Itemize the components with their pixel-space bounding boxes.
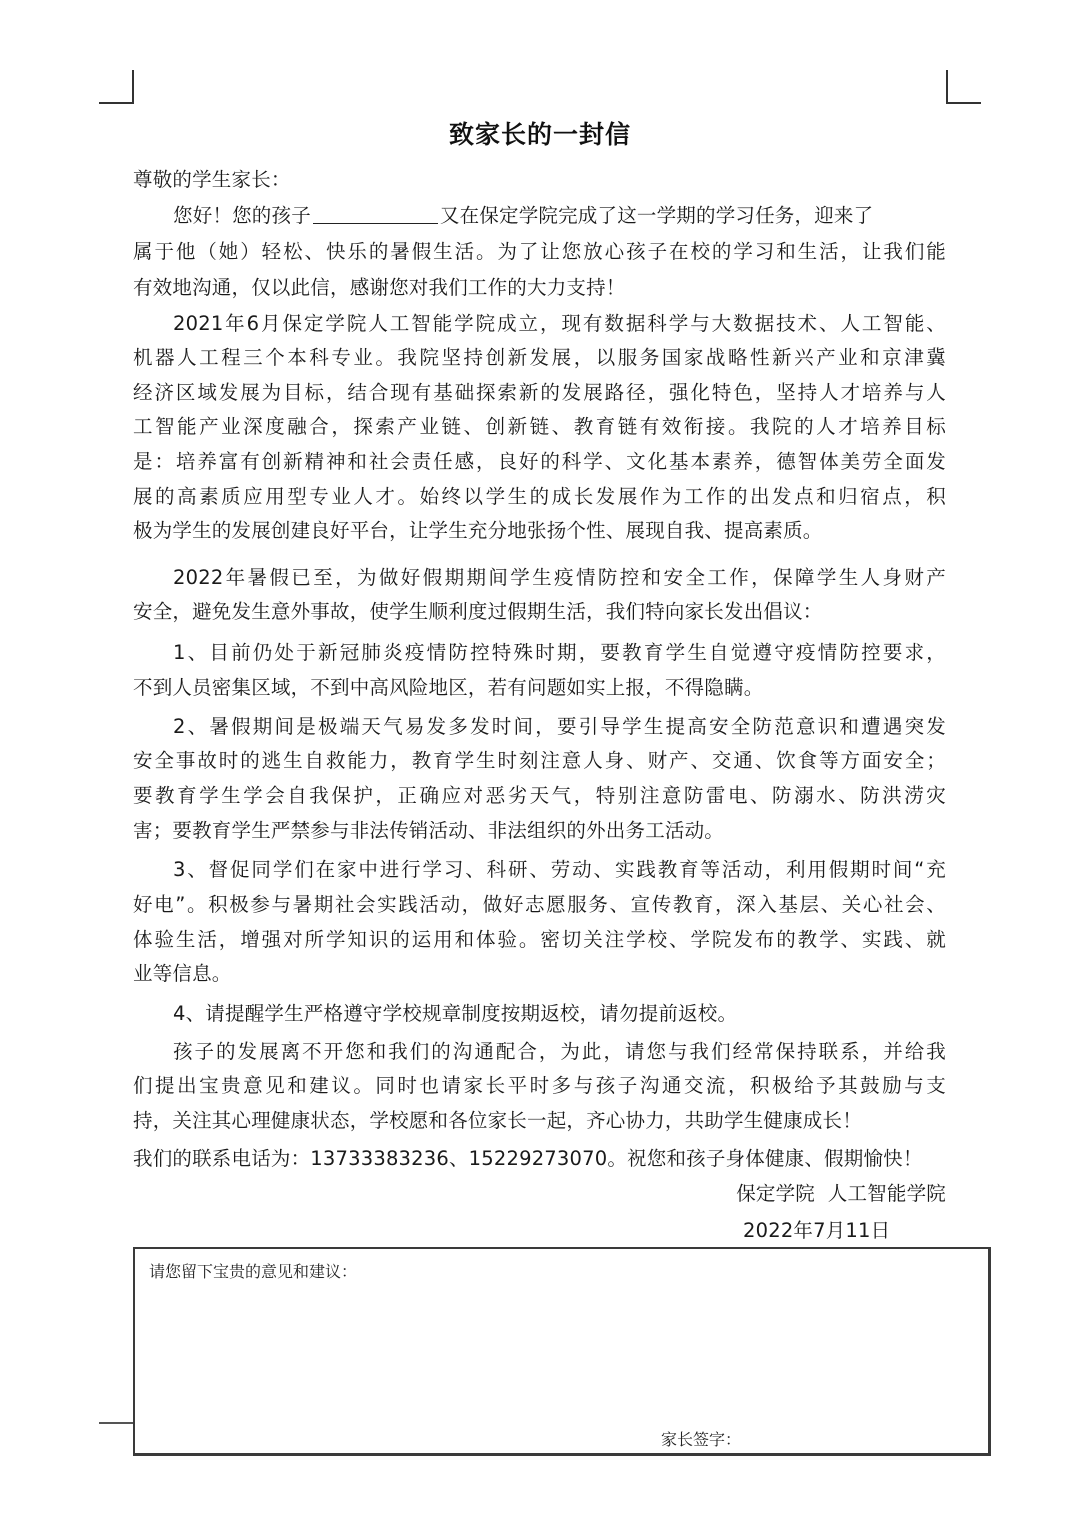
advice-item-1: 1、目前仍处于新冠肺炎疫情防控特殊时期，要教育学生自觉遵守疫情防控要求， xyxy=(133,640,946,666)
advice-item-4: 4、请提醒学生严格遵守学校规章制度按期返校，请勿提前返校。 xyxy=(133,1001,946,1027)
body-line: 害；要教育学生严禁参与非法传销活动、非法组织的外出务工活动。 xyxy=(133,818,946,844)
body-line: 要教育学生学会自我保护，正确应对恶劣天气，特别注意防雷电、防溺水、防洪涝灾 xyxy=(133,783,946,809)
body-line: 持，关注其心理健康状态，学校愿和各位家长一起，齐心协力，共助学生健康成长！ xyxy=(133,1108,946,1134)
signature-org: 保定学院 人工智能学院 xyxy=(133,1181,946,1207)
greeting-text: 您好！您的孩子 xyxy=(173,204,311,227)
salutation: 尊敬的学生家长： xyxy=(133,167,946,193)
page-title: 致家长的一封信 xyxy=(0,115,1080,151)
greeting-text-cont: 又在保定学院完成了这一学期的学习任务，迎来了 xyxy=(440,204,873,227)
advice-item-3: 3、督促同学们在家中进行学习、科研、劳动、实践教育等活动，利用假期时间“充 xyxy=(133,857,946,883)
greeting-line: 您好！您的孩子又在保定学院完成了这一学期的学习任务，迎来了 xyxy=(133,203,946,229)
body-line: 安全事故时的逃生自救能力，教育学生时刻注意人身、财产、交通、饮食等方面安全； xyxy=(133,748,946,774)
body-line: 不到人员密集区域，不到中高风险地区，若有问题如实上报，不得隐瞒。 xyxy=(133,675,946,701)
body-line: 安全，避免发生意外事故，使学生顺利度过假期生活，我们特向家长发出倡议： xyxy=(133,599,946,625)
body-line: 属于他（她）轻松、快乐的暑假生活。为了让您放心孩子在校的学习和生活，让我们能 xyxy=(133,239,946,265)
contact-line: 我们的联系电话为：13733383236、15229273070。祝您和孩子身体… xyxy=(133,1146,946,1172)
body-line: 展的高素质应用型专业人才。始终以学生的成长发展作为工作的出发点和归宿点，积 xyxy=(133,484,946,510)
advice-item-2: 2、暑假期间是极端天气易发多发时间，要引导学生提高安全防范意识和遭遇突发 xyxy=(133,714,946,740)
body-line: 是：培养富有创新精神和社会责任感，良好的科学、文化基本素养，德智体美劳全面发 xyxy=(133,449,946,475)
feedback-box[interactable]: 请您留下宝贵的意见和建议： 家长签字： xyxy=(133,1247,991,1456)
crop-mark-top-right-v xyxy=(946,70,948,104)
crop-mark-top-right-h xyxy=(946,102,981,104)
body-line: 体验生活，增强对所学知识的运用和体验。密切关注学校、学院发布的教学、实践、就 xyxy=(133,927,946,953)
crop-mark-top-left-h xyxy=(99,102,134,104)
body-line: 孩子的发展离不开您和我们的沟通配合，为此，请您与我们经常保持联系，并给我 xyxy=(133,1039,946,1065)
body-line: 有效地沟通，仅以此信，感谢您对我们工作的大力支持！ xyxy=(133,275,946,301)
body-line: 业等信息。 xyxy=(133,961,946,987)
parent-signature-label: 家长签字： xyxy=(661,1427,741,1450)
child-name-blank[interactable] xyxy=(313,205,438,224)
body-line: 2022年暑假已至，为做好假期期间学生疫情防控和安全工作，保障学生人身财产 xyxy=(133,565,946,591)
feedback-prompt: 请您留下宝贵的意见和建议： xyxy=(149,1259,357,1282)
body-line: 工智能产业深度融合，探索产业链、创新链、教育链有效衔接。我院的人才培养目标 xyxy=(133,414,946,440)
body-line: 2021年6月保定学院人工智能学院成立，现有数据科学与大数据技术、人工智能、 xyxy=(133,311,946,337)
body-line: 机器人工程三个本科专业。我院坚持创新发展，以服务国家战略性新兴产业和京津冀 xyxy=(133,345,946,371)
body-line: 们提出宝贵意见和建议。同时也请家长平时多与孩子沟通交流，积极给予其鼓励与支 xyxy=(133,1073,946,1099)
body-line: 好电”。积极参与暑期社会实践活动，做好志愿服务、宣传教育，深入基层、关心社会、 xyxy=(133,892,946,918)
body-line: 极为学生的发展创建良好平台，让学生充分地张扬个性、展现自我、提高素质。 xyxy=(133,518,946,544)
crop-mark-bottom-left-h xyxy=(99,1422,134,1424)
body-line: 经济区域发展为目标，结合现有基础探索新的发展路径，强化特色，坚持人才培养与人 xyxy=(133,380,946,406)
crop-mark-top-left-v xyxy=(132,70,134,104)
letter-date: 2022年7月11日 xyxy=(743,1218,943,1244)
